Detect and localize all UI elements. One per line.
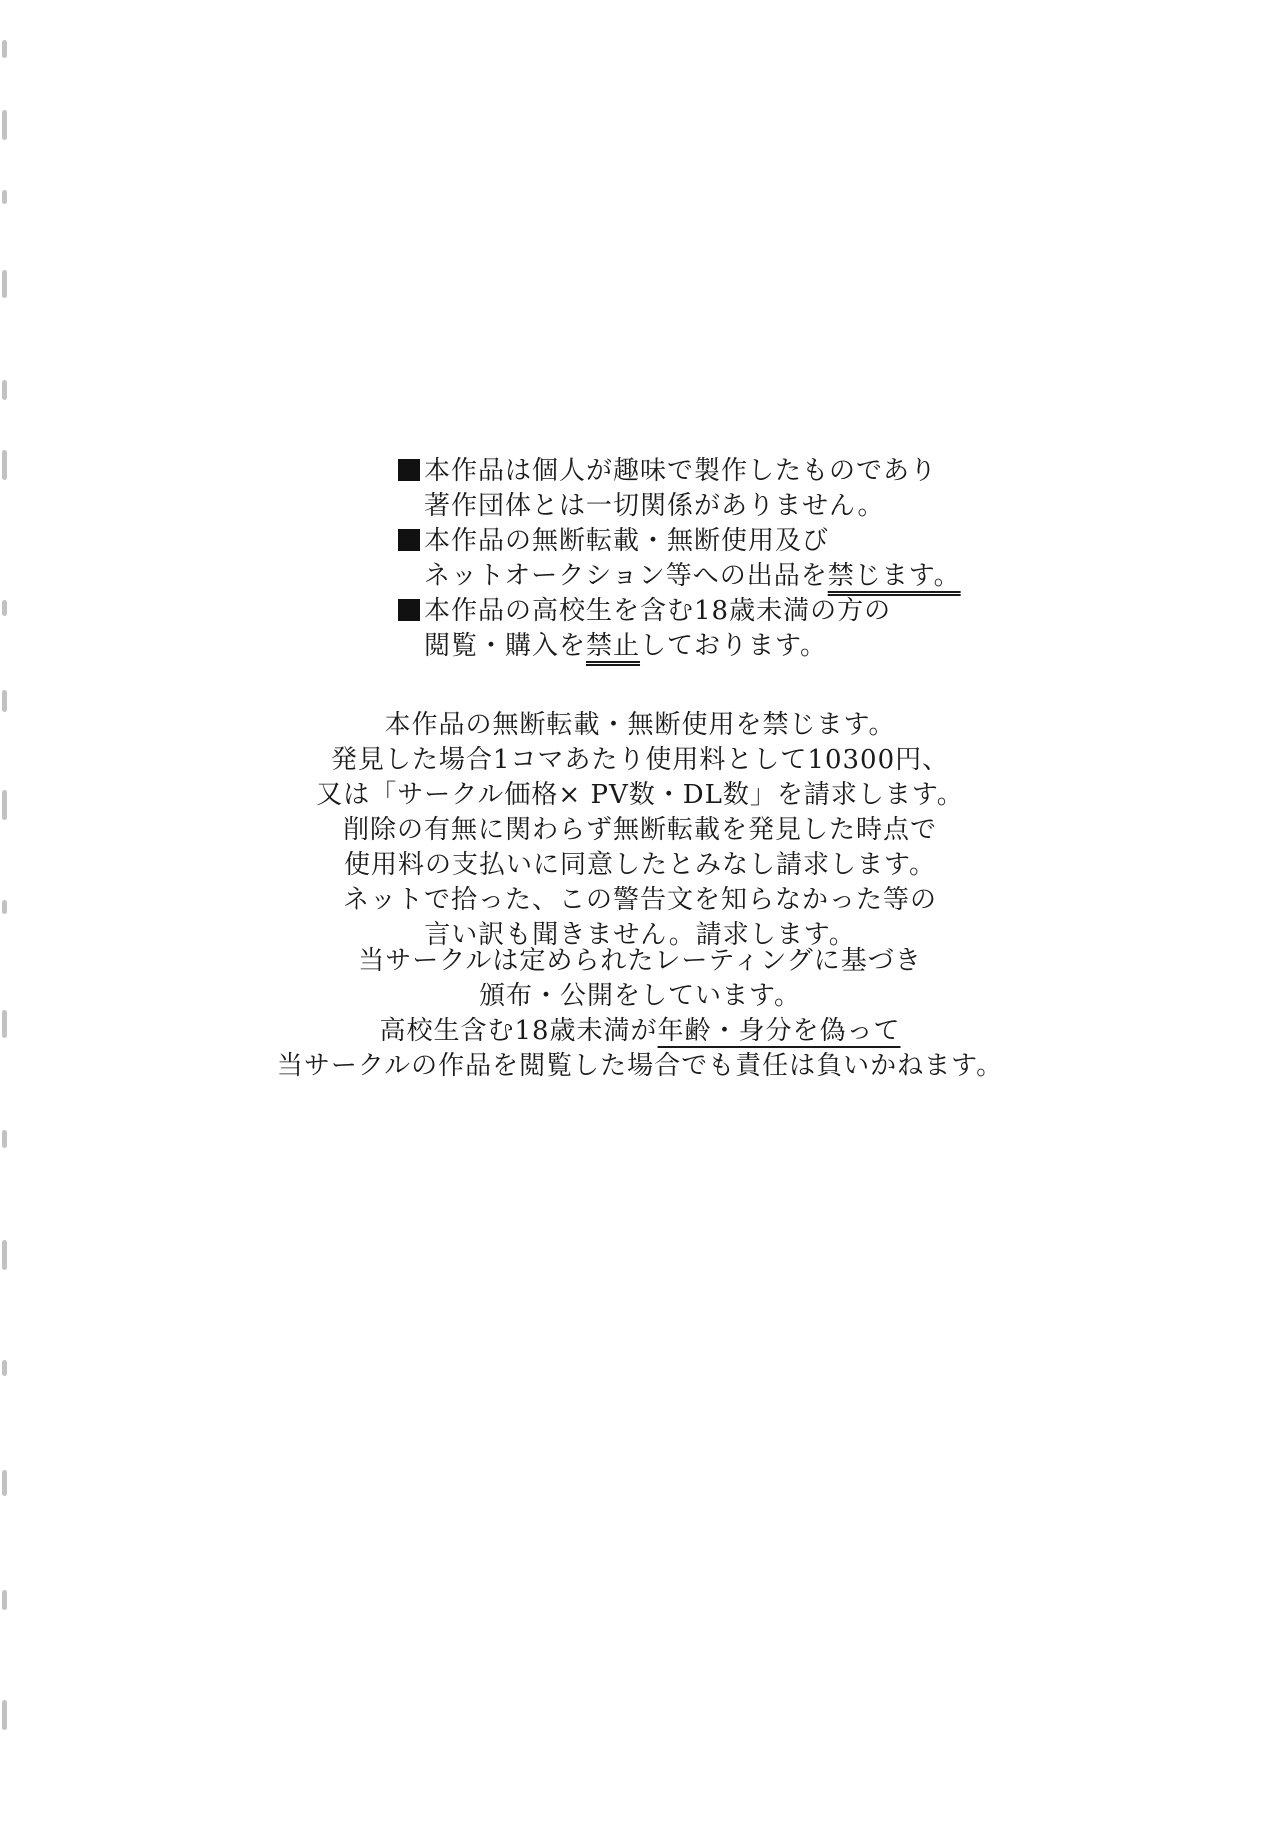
bullet-square-icon (398, 459, 420, 481)
notice-text: 本作品の無断転載・無断使用及び (424, 526, 829, 556)
notice-text: 著作団体とは一切関係がありません。 (398, 489, 961, 524)
rating-notice: 当サークルは定められたレーティングに基づき 頒布・公開をしています。 高校生含む… (0, 944, 1280, 1084)
notice-text: 閲覧・購入を (424, 631, 586, 661)
warning-line: 使用料の支払いに同意したとみなし請求します。 (0, 848, 1280, 883)
emphasis-underlined-text: 年齢・身分を偽って (658, 1016, 901, 1046)
rating-line: 当サークルの作品を閲覧した場合でも責任は負いかねます。 (0, 1049, 1280, 1084)
notice-list: 本作品は個人が趣味で製作したものであり 著作団体とは一切関係がありません。 本作… (398, 454, 961, 664)
rating-line: 高校生含む18歳未満が (379, 1016, 657, 1046)
warning-line: ネットで拾った、この警告文を知らなかった等の (0, 883, 1280, 918)
copyright-warning: 本作品の無断転載・無断使用を禁じます。 発見した場合1コマあたり使用料として10… (0, 708, 1280, 953)
emphasis-underlined-text: 禁じます。 (828, 561, 961, 591)
warning-line: 本作品の無断転載・無断使用を禁じます。 (0, 708, 1280, 743)
notice-text: しております。 (640, 631, 827, 661)
warning-line: 発見した場合1コマあたり使用料として10300円、 (0, 743, 1280, 778)
rating-line: 当サークルは定められたレーティングに基づき (0, 944, 1280, 979)
warning-line: 削除の有無に関わらず無断転載を発見した時点で (0, 813, 1280, 848)
bullet-square-icon (398, 529, 420, 551)
notice-text: 本作品は個人が趣味で製作したものであり (424, 456, 937, 486)
notice-item-age-restriction: 本作品の高校生を含む18歳未満の方の 閲覧・購入を禁止しております。 (398, 594, 961, 664)
bullet-square-icon (398, 599, 420, 621)
notice-text: 本作品の高校生を含む18歳未満の方の (424, 596, 891, 626)
rating-line: 頒布・公開をしています。 (0, 979, 1280, 1014)
notice-item-personal-work: 本作品は個人が趣味で製作したものであり 著作団体とは一切関係がありません。 (398, 454, 961, 524)
notice-text: ネットオークション等への出品を (424, 561, 828, 591)
emphasis-underlined-text: 禁止 (586, 631, 640, 661)
notice-item-no-reproduction: 本作品の無断転載・無断使用及び ネットオークション等への出品を禁じます。 (398, 524, 961, 594)
warning-line: 又は「サークル価格× PV数・DL数」を請求します。 (0, 778, 1280, 813)
